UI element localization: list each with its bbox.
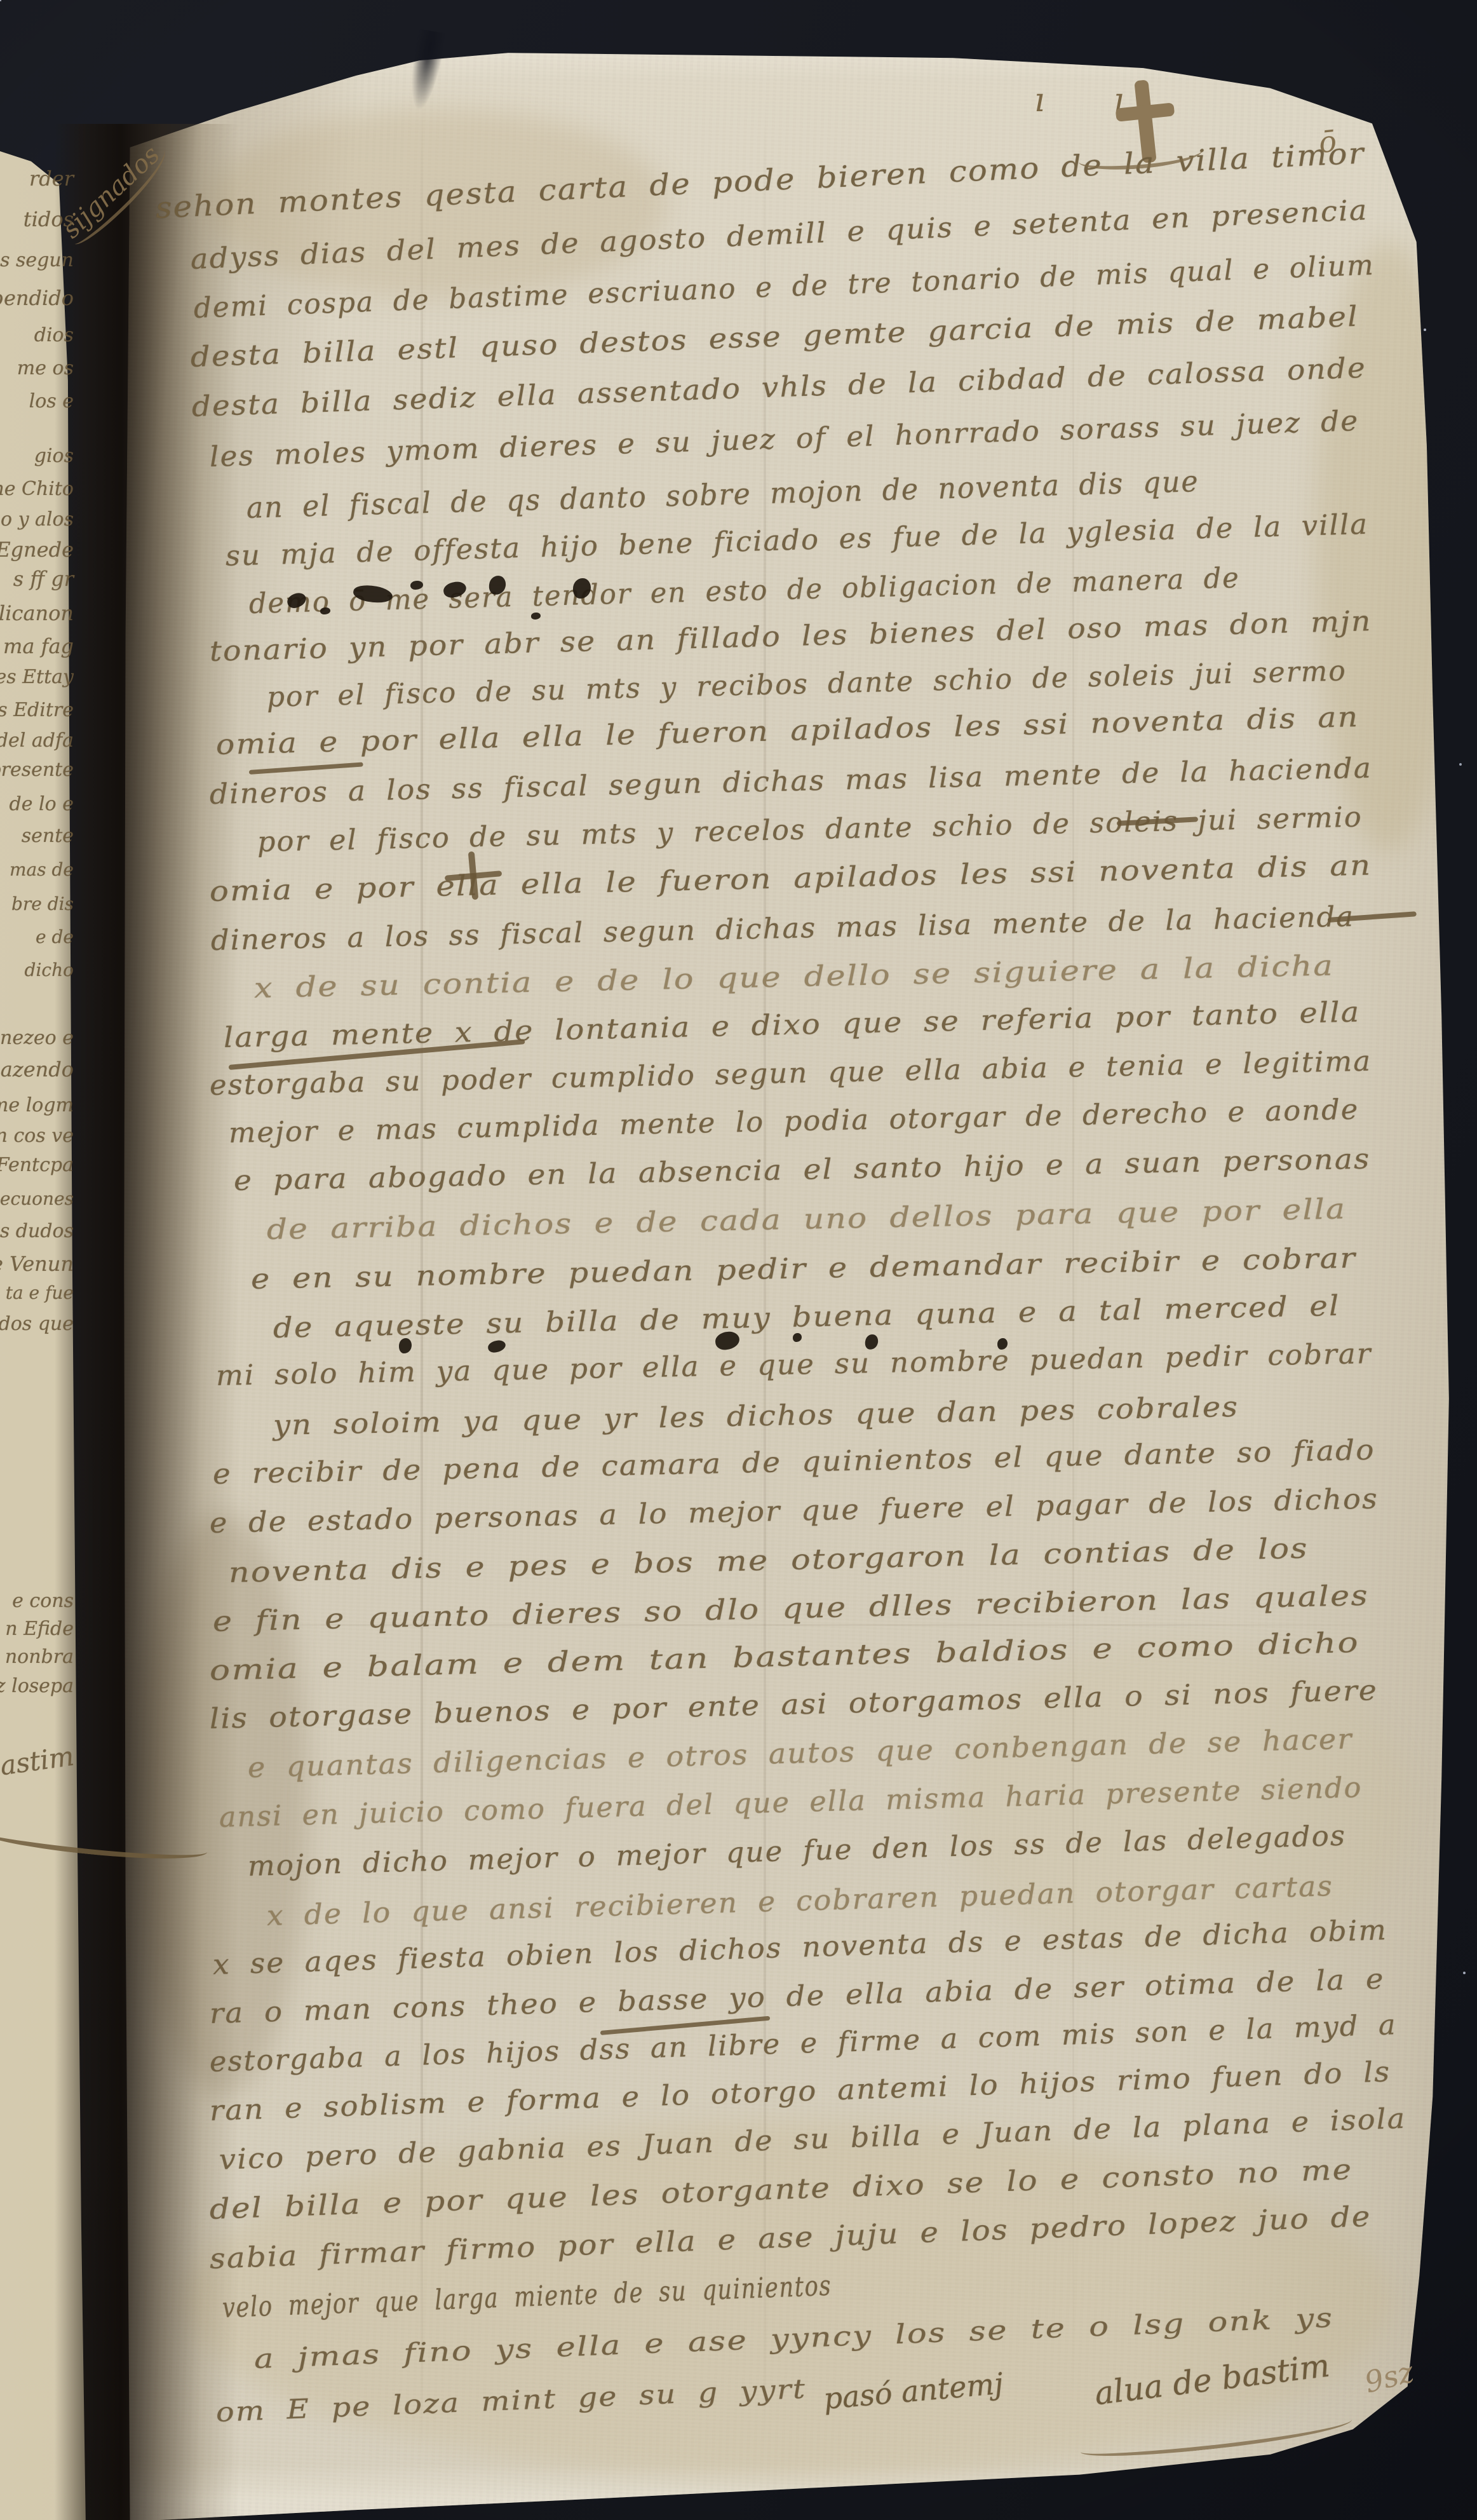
facing-page-fragment: mas de [0,859,76,880]
facing-page-fragment: tidos [0,207,76,231]
facing-page-fragment: nezeo e [0,1027,76,1049]
facing-page-fragment: bendido [0,286,76,310]
facing-page-fragment: en ta e fue [0,1282,76,1303]
facing-page-fragment: dicho [0,959,76,980]
facing-page-fragment: diz losepa [0,1675,76,1697]
facing-page-fragment: los e [0,390,76,412]
facing-page-fragment: n cos ve [0,1125,76,1147]
facing-page-fragment: del adfa [0,729,76,752]
facing-page-fragment: e Venun [0,1252,76,1276]
facing-page-fragment: s segun [0,249,76,271]
facing-page-fragment: z nonbra [0,1646,76,1668]
facing-page-fragment: licanon [0,601,76,625]
facing-page-fragment: los dudos [0,1220,76,1242]
facing-page-fragment: rder [0,166,76,191]
facing-page-fragment: E pecuones [0,1188,76,1209]
manuscript-photo: ı ı sijgnados rdertidoss segunbendidodio… [0,0,1477,2520]
facing-page-fragment: ma fag [0,634,76,658]
facing-page-fragment: s ff gr [0,567,76,591]
facing-page-fragment: e cons [0,1590,76,1612]
facing-page-fragment: me Chito [0,478,76,500]
facing-page-fragment: gios [0,445,76,467]
facing-page-fragment: Dazendo [0,1057,76,1081]
facing-page-fragment: dios [0,324,76,346]
facing-page-fragment: me os [0,357,76,379]
insertion-cross-icon [443,849,504,902]
facing-page-fragment: Fentcpa [0,1154,76,1176]
facing-page-fragment: Egnede [0,538,76,562]
facing-page-fragment: e de [0,926,76,947]
facing-page-fragment: lles Ettay [0,666,76,688]
facing-page-fragment: dos Editre [0,699,76,721]
facing-page-fragment: presente [0,759,76,781]
facing-page-fragment: me logm [0,1094,76,1116]
facing-page-fragment: o y alos [0,508,76,531]
facing-page-fragment: dos que [0,1313,76,1335]
gutter-shadow [55,124,239,2520]
facing-page-fragment: n Efide [0,1618,76,1640]
dust-speckles [0,0,1,1]
facing-page-fragment: bre dis [0,893,76,914]
facing-page-fragment: de lo e [0,793,76,815]
facing-page-fragment: sente [0,825,76,847]
pen-glyph: ō [1317,124,1338,160]
